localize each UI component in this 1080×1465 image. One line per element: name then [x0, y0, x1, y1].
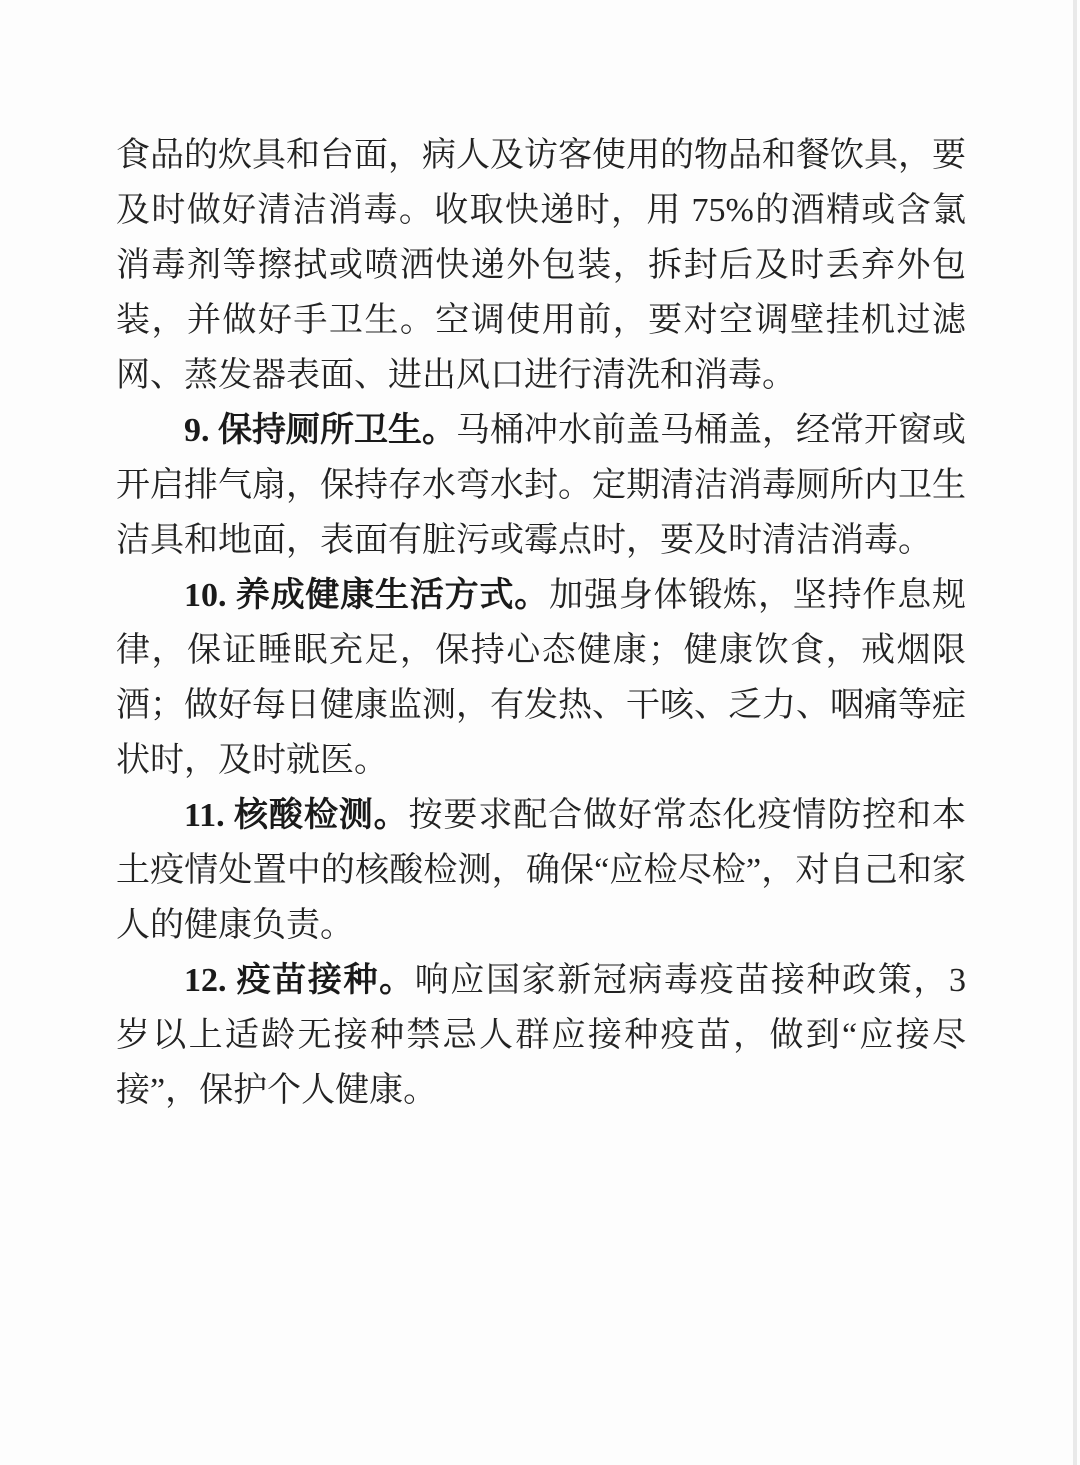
paragraph-heading: 10. 养成健康生活方式。 — [184, 577, 549, 614]
page-right-edge-shadow — [1073, 0, 1077, 1465]
paragraph-continuation: 食品的炊具和台面，病人及访客使用的物品和餐饮具，要及时做好清洁消毒。收取快递时，… — [116, 128, 966, 403]
paragraph-body: 食品的炊具和台面，病人及访客使用的物品和餐饮具，要及时做好清洁消毒。收取快递时，… — [116, 137, 966, 394]
paragraph-item-9: 9. 保持厕所卫生。马桶冲水前盖马桶盖，经常开窗或开启排气扇，保持存水弯水封。定… — [116, 403, 966, 568]
document-page: 食品的炊具和台面，病人及访客使用的物品和餐饮具，要及时做好清洁消毒。收取快递时，… — [0, 0, 1080, 1465]
paragraph-heading: 9. 保持厕所卫生。 — [184, 412, 456, 449]
paragraph-item-10: 10. 养成健康生活方式。加强身体锻炼，坚持作息规律，保证睡眠充足，保持心态健康… — [116, 568, 966, 788]
paragraph-item-12: 12. 疫苗接种。响应国家新冠病毒疫苗接种政策，3 岁以上适龄无接种禁忌人群应接… — [116, 953, 966, 1118]
paragraph-item-11: 11. 核酸检测。按要求配合做好常态化疫情防控和本土疫情处置中的核酸检测，确保“… — [116, 788, 966, 953]
paragraph-heading: 11. 核酸检测。 — [184, 797, 409, 834]
document-text-block: 食品的炊具和台面，病人及访客使用的物品和餐饮具，要及时做好清洁消毒。收取快递时，… — [116, 128, 966, 1118]
paragraph-heading: 12. 疫苗接种。 — [184, 962, 415, 999]
